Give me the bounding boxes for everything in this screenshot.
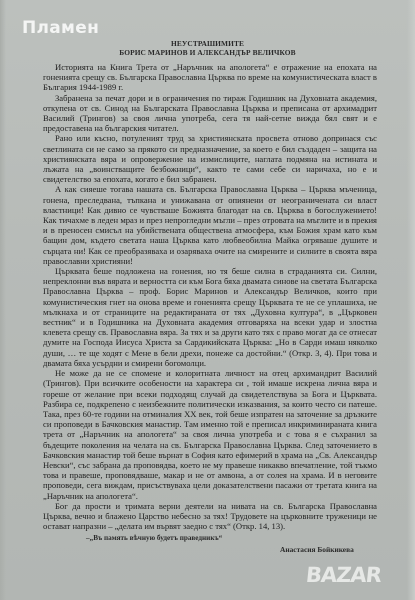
body-text: Историята на Книга Трета от „Наръчник на… <box>43 62 377 531</box>
paragraph: А как сияеше тогава нашата св. Българска… <box>43 184 377 266</box>
paragraph: Църквата беше подложена на гонения, но т… <box>43 266 377 368</box>
paragraph: Не може да не се спомене и колоритната л… <box>43 368 377 501</box>
author-signature: Анастасия Бойкикева <box>280 545 354 554</box>
paragraph: Рано или късно, потуленият труд за христ… <box>43 133 377 184</box>
paragraph: Забранена за печат дори и в ограничения … <box>43 93 377 134</box>
seller-watermark: Пламен <box>22 18 99 38</box>
paragraph: Бог да прости и тримата верни деятели на… <box>43 501 377 532</box>
cover-edge-right <box>407 0 415 600</box>
epigraph-quote: –„Въ память вѣчную будетъ праведникъ“ <box>86 534 222 542</box>
cover-edge-left <box>0 0 6 600</box>
book-back-cover: Пламен НЕУСТРАШИМИТЕ БОРИС МАРИНОВ И АЛЕ… <box>0 0 415 600</box>
marketplace-watermark-logo: BAZAR <box>305 563 382 587</box>
heading-line-2: БОРИС МАРИНОВ И АЛЕКСАНДЪР ВЕЛИЧКОВ <box>0 49 415 58</box>
paragraph: Историята на Книга Трета от „Наръчник на… <box>43 62 377 93</box>
